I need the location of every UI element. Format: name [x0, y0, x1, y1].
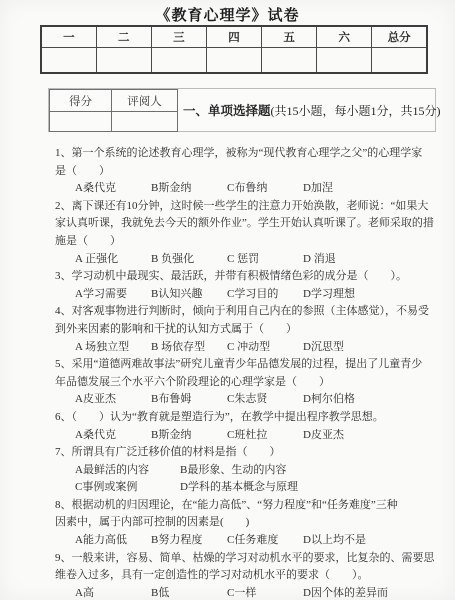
option-item: A桑代克: [75, 427, 143, 445]
question-stem-line: 到外来因素的影响和干扰的认知方式属于（ ）: [55, 321, 441, 339]
section-title: 单项选择题: [208, 101, 271, 119]
question: 4、对客观事物进行判断时，倾向于利用自己内在的参照（主体感觉），不易受到外来因素…: [55, 303, 441, 356]
question-stem-line: 是（ ）: [55, 163, 441, 181]
option-item: D因个体的差异而: [303, 585, 388, 600]
question-options-row: A最鲜活的内容B最形象、生动的内容: [55, 462, 441, 480]
score-label: 得分: [50, 90, 112, 112]
reviewer-blank-cell: [112, 112, 178, 132]
summary-col-header: 三: [151, 26, 206, 48]
question: 6、（ ）认为“教育就是塑造行为”，在教学中提出程序教学思想。A桑代克B斯金纳C…: [55, 409, 441, 444]
option-item: B 负强化: [151, 251, 219, 269]
score-summary-header-row: 一二三四五六总分: [41, 26, 427, 48]
option-item: D 消退: [303, 251, 371, 269]
question: 8、根据动机的归因理论，在“能力高低”、“努力程度”和“任务难度”三种因素中，属…: [55, 497, 441, 550]
option-item: B 场依存型: [151, 339, 219, 357]
option-item: A皮亚杰: [75, 391, 143, 409]
option-item: A桑代克: [75, 180, 143, 198]
question-options-row: A皮亚杰B布鲁姆C朱志贤D柯尔伯格: [55, 391, 441, 409]
option-item: C一样: [227, 585, 295, 600]
question: 7、所谓具有广泛迁移价值的材料是指（ ）A最鲜活的内容B最形象、生动的内容C事例…: [55, 444, 441, 497]
option-item: C朱志贤: [227, 391, 295, 409]
summary-col-header: 四: [206, 26, 261, 48]
question: 3、学习动机中最现实、最活跃，并带有积极情绪色彩的成分是（ ）。A学习需要B认知…: [55, 268, 441, 303]
section-heading: 一、单项选择题(共15小题，每小题1分，共15分): [183, 89, 431, 131]
question-stem-line: 2、离下课还有10分钟，这时候一些学生的注意力开始涣散，老师说：“如果大: [55, 198, 441, 216]
summary-col-blank-cell: [206, 48, 261, 74]
question-options-row: A 正强化B 负强化C 惩罚D 消退: [55, 251, 441, 269]
question: 1、第一个系统的论述教育心理学，被称为“现代教育心理学之父”的心理学家是（ ）A…: [55, 145, 441, 198]
grader-box: 得分 评阅人 一、单项选择题(共15小题，每小题1分，共15分): [48, 88, 436, 132]
reviewer-label: 评阅人: [112, 90, 178, 112]
question-stem-line: 9、一般来讲，容易、简单、枯燥的学习对动机水平的要求，比复杂的、需要思: [55, 550, 441, 568]
summary-col-header: 五: [262, 26, 317, 48]
option-item: B斯金纳: [151, 180, 219, 198]
option-item: A高: [75, 585, 143, 600]
question: 9、一般来讲，容易、简单、枯燥的学习对动机水平的要求，比复杂的、需要思维卷入过多…: [55, 550, 441, 600]
option-item: D以上均不是: [303, 532, 371, 550]
section-note: (共15小题，每小题1分，共15分): [271, 102, 441, 119]
question-options-row: A高B低C一样D因个体的差异而: [55, 585, 441, 600]
option-item: A 正强化: [75, 251, 143, 269]
option-item: B努力程度: [151, 532, 219, 550]
option-item: D学科的基本概念与原理: [180, 479, 298, 497]
option-item: C学习目的: [227, 286, 295, 304]
option-item: D沉思型: [303, 339, 371, 357]
option-item: A 场独立型: [75, 339, 143, 357]
score-blank-cell: [50, 112, 112, 132]
question: 2、离下课还有10分钟，这时候一些学生的注意力开始涣散，老师说：“如果大家认真听…: [55, 198, 441, 268]
summary-col-header: 六: [317, 26, 372, 48]
question-stem-line: 施是（ ）: [55, 233, 441, 251]
option-item: B斯金纳: [151, 427, 219, 445]
question-options-row: C事例或案例D学科的基本概念与原理: [55, 479, 441, 497]
option-item: C 惩罚: [227, 251, 295, 269]
summary-col-blank-cell: [317, 48, 372, 74]
option-item: C事例或案例: [75, 479, 172, 497]
question-options-row: A桑代克B斯金纳C布鲁纳D加涅: [55, 180, 441, 198]
option-item: B认知兴趣: [151, 286, 219, 304]
question-stem-line: 维卷入过多，具有一定创造性的学习对动机水平的要求（ ）。: [55, 567, 441, 585]
option-item: C 冲动型: [227, 339, 295, 357]
option-item: C布鲁纳: [227, 180, 295, 198]
option-item: C任务难度: [227, 532, 295, 550]
score-summary-table: 一二三四五六总分: [40, 25, 428, 74]
option-item: A学习需要: [75, 286, 143, 304]
question-stem-line: 1、第一个系统的论述教育心理学，被称为“现代教育心理学之父”的心理学家: [55, 145, 441, 163]
question-options-row: A学习需要B认知兴趣C学习目的D学习理想: [55, 286, 441, 304]
summary-col-header: 二: [96, 26, 151, 48]
question-stem-line: 3、学习动机中最现实、最活跃，并带有积极情绪色彩的成分是（ ）。: [55, 268, 441, 286]
questions-list: 1、第一个系统的论述教育心理学，被称为“现代教育心理学之父”的心理学家是（ ）A…: [55, 145, 441, 600]
option-item: C班杜拉: [227, 427, 295, 445]
option-item: D皮亚杰: [303, 427, 371, 445]
summary-col-blank-cell: [372, 48, 427, 74]
option-item: D学习理想: [303, 286, 371, 304]
question-stem-line: 7、所谓具有广泛迁移价值的材料是指（ ）: [55, 444, 441, 462]
question-stem-line: 因素中，属于内部可控制的因素是( ): [55, 514, 441, 532]
question-stem-line: 家认真听课，我就免去今天的额外作业”。学生开始认真听课了。老师采取的措: [55, 215, 441, 233]
option-item: B布鲁姆: [151, 391, 219, 409]
summary-col-blank-cell: [96, 48, 151, 74]
question: 5、采用“道德两难故事法”研究儿童青少年品德发展的过程，提出了儿童青少年品德发展…: [55, 356, 441, 409]
summary-col-blank-cell: [41, 48, 96, 74]
summary-col-blank-cell: [262, 48, 317, 74]
page-title: 《教育心理学》试卷: [0, 4, 455, 25]
option-item: B低: [151, 585, 219, 600]
option-item: D加涅: [303, 180, 371, 198]
grader-table: 得分 评阅人: [49, 89, 178, 132]
section-number: 一、: [183, 101, 208, 119]
option-item: A最鲜活的内容: [75, 462, 172, 480]
question-stem-line: 6、（ ）认为“教育就是塑造行为”，在教学中提出程序教学思想。: [55, 409, 441, 427]
question-stem-line: 年品德发展三个水平六个阶段理论的心理学家是（ ）: [55, 374, 441, 392]
question-stem-line: 8、根据动机的归因理论，在“能力高低”、“努力程度”和“任务难度”三种: [55, 497, 441, 515]
score-summary-blank-row: [41, 48, 427, 74]
summary-col-header: 一: [41, 26, 96, 48]
question-stem-line: 4、对客观事物进行判断时，倾向于利用自己内在的参照（主体感觉），不易受: [55, 303, 441, 321]
option-item: D柯尔伯格: [303, 391, 371, 409]
summary-col-blank-cell: [151, 48, 206, 74]
question-stem-line: 5、采用“道德两难故事法”研究儿童青少年品德发展的过程，提出了儿童青少: [55, 356, 441, 374]
exam-page: 《教育心理学》试卷 一二三四五六总分 得分 评阅人 一、单项选择题(共15小题，…: [0, 0, 455, 600]
question-options-row: A桑代克B斯金纳C班杜拉D皮亚杰: [55, 427, 441, 445]
option-item: A能力高低: [75, 532, 143, 550]
question-options-row: A 场独立型B 场依存型C 冲动型D沉思型: [55, 339, 441, 357]
question-options-row: A能力高低B努力程度C任务难度D以上均不是: [55, 532, 441, 550]
option-item: B最形象、生动的内容: [180, 462, 286, 480]
summary-col-header: 总分: [372, 26, 427, 48]
